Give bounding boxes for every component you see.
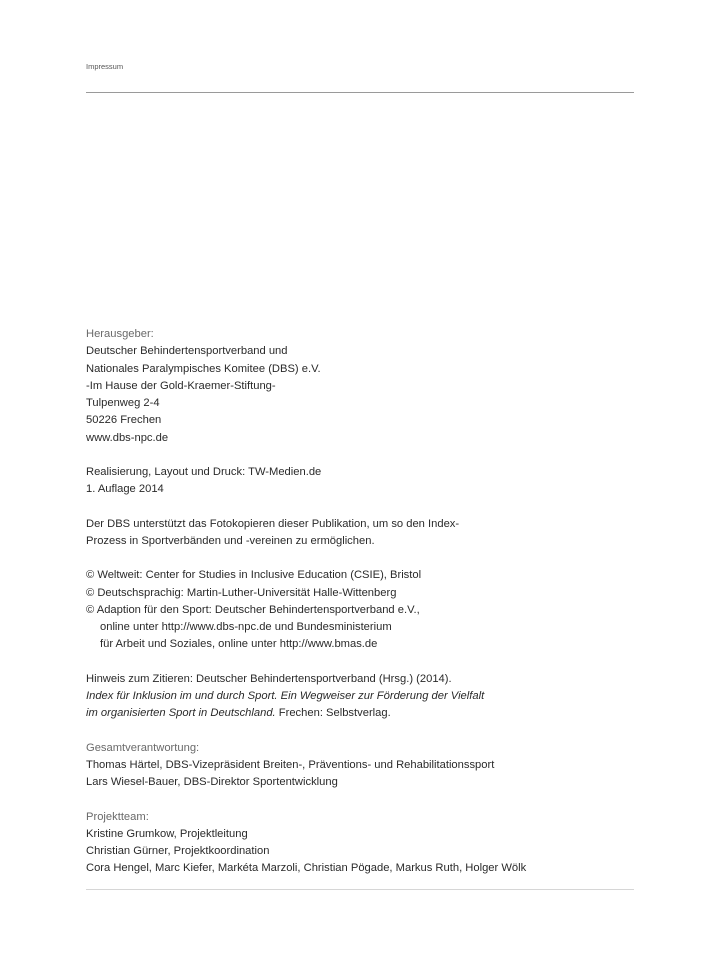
production-block: Realisierung, Layout und Druck: TW-Medie… <box>86 464 646 499</box>
publisher-block: Herausgeber: Deutscher Behindertensportv… <box>86 326 646 447</box>
citation-title-line: im organisierten Sport in Deutschland. F… <box>86 705 646 722</box>
citation-block: Hinweis zum Zitieren: Deutscher Behinder… <box>86 671 646 723</box>
copyright-line: online unter http://www.dbs-npc.de und B… <box>86 619 646 636</box>
publisher-website: www.dbs-npc.de <box>86 430 646 447</box>
publisher-label: Herausgeber: <box>86 326 646 343</box>
project-team-label: Projektteam: <box>86 809 646 826</box>
responsibility-line: Lars Wiesel-Bauer, DBS-Direktor Sportent… <box>86 774 646 791</box>
header-divider <box>86 92 634 93</box>
responsibility-line: Thomas Härtel, DBS-Vizepräsident Breiten… <box>86 757 646 774</box>
copy-note-line: Der DBS unterstützt das Fotokopieren die… <box>86 516 646 533</box>
copyright-block: © Weltweit: Center for Studies in Inclus… <box>86 567 646 653</box>
publisher-line: Deutscher Behindertensportverband und <box>86 343 646 360</box>
running-header-title: Impressum <box>86 62 123 71</box>
citation-title-line: Index für Inklusion im und durch Sport. … <box>86 688 646 705</box>
copyright-line: © Deutschsprachig: Martin-Luther-Univers… <box>86 585 646 602</box>
imprint-content: Herausgeber: Deutscher Behindertensportv… <box>86 326 646 895</box>
citation-title: Index für Inklusion im und durch Sport. … <box>86 690 484 702</box>
publisher-line: -Im Hause der Gold-Kraemer-Stiftung- <box>86 378 646 395</box>
responsibility-label: Gesamtverantwortung: <box>86 740 646 757</box>
copyright-line: für Arbeit und Soziales, online unter ht… <box>86 636 646 653</box>
citation-title-end: im organisierten Sport in Deutschland. <box>86 707 276 719</box>
footer-divider <box>86 889 634 890</box>
copy-note-block: Der DBS unterstützt das Fotokopieren die… <box>86 516 646 551</box>
publisher-line: 50226 Frechen <box>86 412 646 429</box>
project-team-line: Kristine Grumkow, Projektleitung <box>86 826 646 843</box>
edition-line: 1. Auflage 2014 <box>86 481 646 498</box>
copyright-line: © Adaption für den Sport: Deutscher Behi… <box>86 602 646 619</box>
project-team-line: Christian Gürner, Projektkoordination <box>86 843 646 860</box>
citation-publisher: Frechen: Selbstverlag. <box>276 707 391 719</box>
publisher-line: Nationales Paralympisches Komitee (DBS) … <box>86 361 646 378</box>
project-team-line: Cora Hengel, Marc Kiefer, Markéta Marzol… <box>86 860 646 877</box>
copyright-line: © Weltweit: Center for Studies in Inclus… <box>86 567 646 584</box>
responsibility-block: Gesamtverantwortung: Thomas Härtel, DBS-… <box>86 740 646 792</box>
project-team-block: Projektteam: Kristine Grumkow, Projektle… <box>86 809 646 878</box>
copy-note-line: Prozess in Sportverbänden und -vereinen … <box>86 533 646 550</box>
production-line: Realisierung, Layout und Druck: TW-Medie… <box>86 464 646 481</box>
publisher-line: Tulpenweg 2-4 <box>86 395 646 412</box>
citation-line: Hinweis zum Zitieren: Deutscher Behinder… <box>86 671 646 688</box>
